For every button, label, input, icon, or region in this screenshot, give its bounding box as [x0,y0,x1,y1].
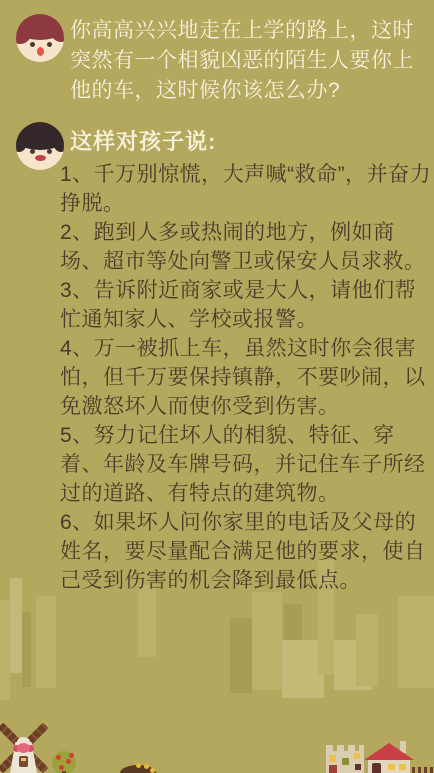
castle-window [355,764,361,770]
safety-tips-card: 你高高兴兴地走在上学的路上，这时突然有一个相貌凶恶的陌生人要你上他的车，这时候你… [0,0,434,773]
advice-item-6: 6、如果坏人问你家里的电话及父母的姓名，要尽量配合满足他的要求，使自己受到伤害的… [60,508,432,595]
house-window [388,764,395,770]
boy-mouth [37,47,44,56]
house-decoration [364,741,414,773]
tree-fruit [59,765,64,770]
advice-item-5: 5、努力记住坏人的相貌、特征、穿着、年龄及车牌号码，并记住车子所经过的道路、有特… [60,421,432,508]
mother-hair-left [16,132,27,152]
house-roof [364,743,414,760]
castle-window [342,758,349,765]
skyline-building [22,612,31,687]
boy-eye-right [47,42,52,47]
windmill-window [19,756,28,767]
mother-hair-right [53,132,64,152]
question-text: 你高高兴兴地走在上学的路上，这时突然有一个相貌凶恶的陌生人要你上他的车，这时候你… [70,16,424,106]
tree-fruit [66,759,71,764]
windmill-bow [17,743,30,753]
advice-item-1: 1、千万别惊慌，大声喊“救命”，并奋力挣脱。 [60,160,432,218]
castle-window [354,753,360,759]
advice-title: 这样对孩子说: [70,127,216,157]
boy-eye-left [30,42,35,47]
advice-item-3: 3、告诉附近商家或是大人，请他们帮忙通知家人、学校或报警。 [60,276,432,334]
sunflower-decoration [120,765,156,773]
house-door [372,763,381,773]
advice-item-4: 4、万一被抓上车，虽然这时你会很害怕，但千万要保持镇静，不要吵闹，以免激怒坏人而… [60,334,432,421]
windmill-window-pane [21,758,26,761]
mother-eye-left [30,149,35,154]
skyline-building [230,618,252,693]
boy-avatar-icon [16,14,64,62]
sunflower-petal [136,763,141,768]
castle-window [329,755,336,762]
sunflower-petal [150,768,155,773]
castle-door [329,765,337,773]
tree-fruit [69,753,74,758]
skyline-building [10,578,22,673]
house-window [399,764,406,770]
skyline-building [252,592,282,690]
apple-tree-decoration [52,751,78,773]
fence-decoration [412,767,434,773]
tree-fruit [56,755,61,760]
skyline-building [138,585,156,657]
mother-eye-right [47,149,52,154]
advice-item-2: 2、跑到人多或热闹的地方，例如商场、超市等处向警卫或保安人员求救。 [60,218,432,276]
advice-list: 1、千万别惊慌，大声喊“救命”，并奋力挣脱。 2、跑到人多或热闹的地方，例如商场… [60,160,432,595]
skyline-building [0,600,10,700]
mother-mouth [35,155,46,161]
sunflower-petal [144,764,149,769]
skyline-building [356,614,378,686]
mother-avatar-icon [16,122,64,170]
castle-decoration [326,745,364,773]
skyline-building [398,596,434,688]
skyline-building [36,596,56,688]
